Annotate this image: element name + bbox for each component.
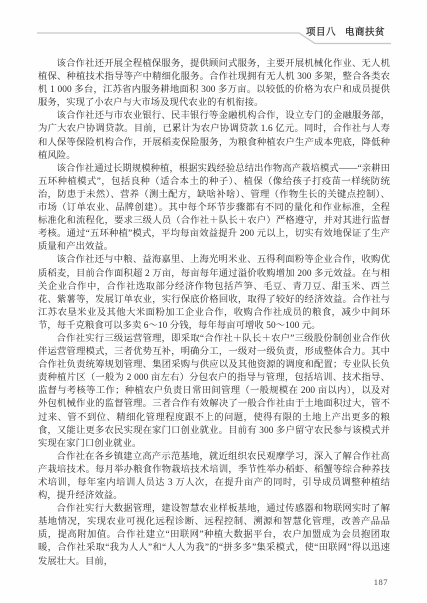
header-rule [0, 0, 427, 52]
paragraph: 该合作社还与市农业银行、民丰银行等金融机构合作，设立专门的金融服务部，为广大农户… [38, 110, 390, 162]
body-text: 该合作社还开展全程植保服务，提供顾问式服务，主要开展机械化作业、无人机植保、种植… [38, 58, 390, 569]
paragraph: 合作社实行三级运营管理，即采取“合作社＋队长＋农户”三级股份制创业合作伙伴运营管… [38, 333, 390, 451]
paragraph: 合作社实行大数据管理，建设智慧农业样板基地，通过传感器和物联网实时了解基地情况，… [38, 503, 390, 568]
paragraph: 该合作社还与中粮、益海嘉里、上海光明米业、五得利面粉等企业合作，收购优质稻麦，目… [38, 254, 390, 333]
paragraph: 该合作社通过长期规模种植，根据实践经验总结出作物高产栽培模式——“亲耕田五环种植… [38, 163, 390, 255]
chapter-title: 电商扶贫 [345, 27, 385, 38]
running-header: 项目八电商扶贫 [306, 27, 385, 39]
document-page: 项目八电商扶贫 该合作社还开展全程植保服务，提供顾问式服务，主要开展机械化作业、… [0, 0, 427, 603]
paragraph: 该合作社还开展全程植保服务，提供顾问式服务，主要开展机械化作业、无人机植保、种植… [38, 58, 390, 110]
page-number: 187 [374, 577, 388, 587]
chapter-label: 项目八 [306, 27, 336, 38]
paragraph: 合作社在各乡镇建立高产示范基地，就近组织农民观摩学习，深入了解合作社高产栽培技术… [38, 451, 390, 503]
